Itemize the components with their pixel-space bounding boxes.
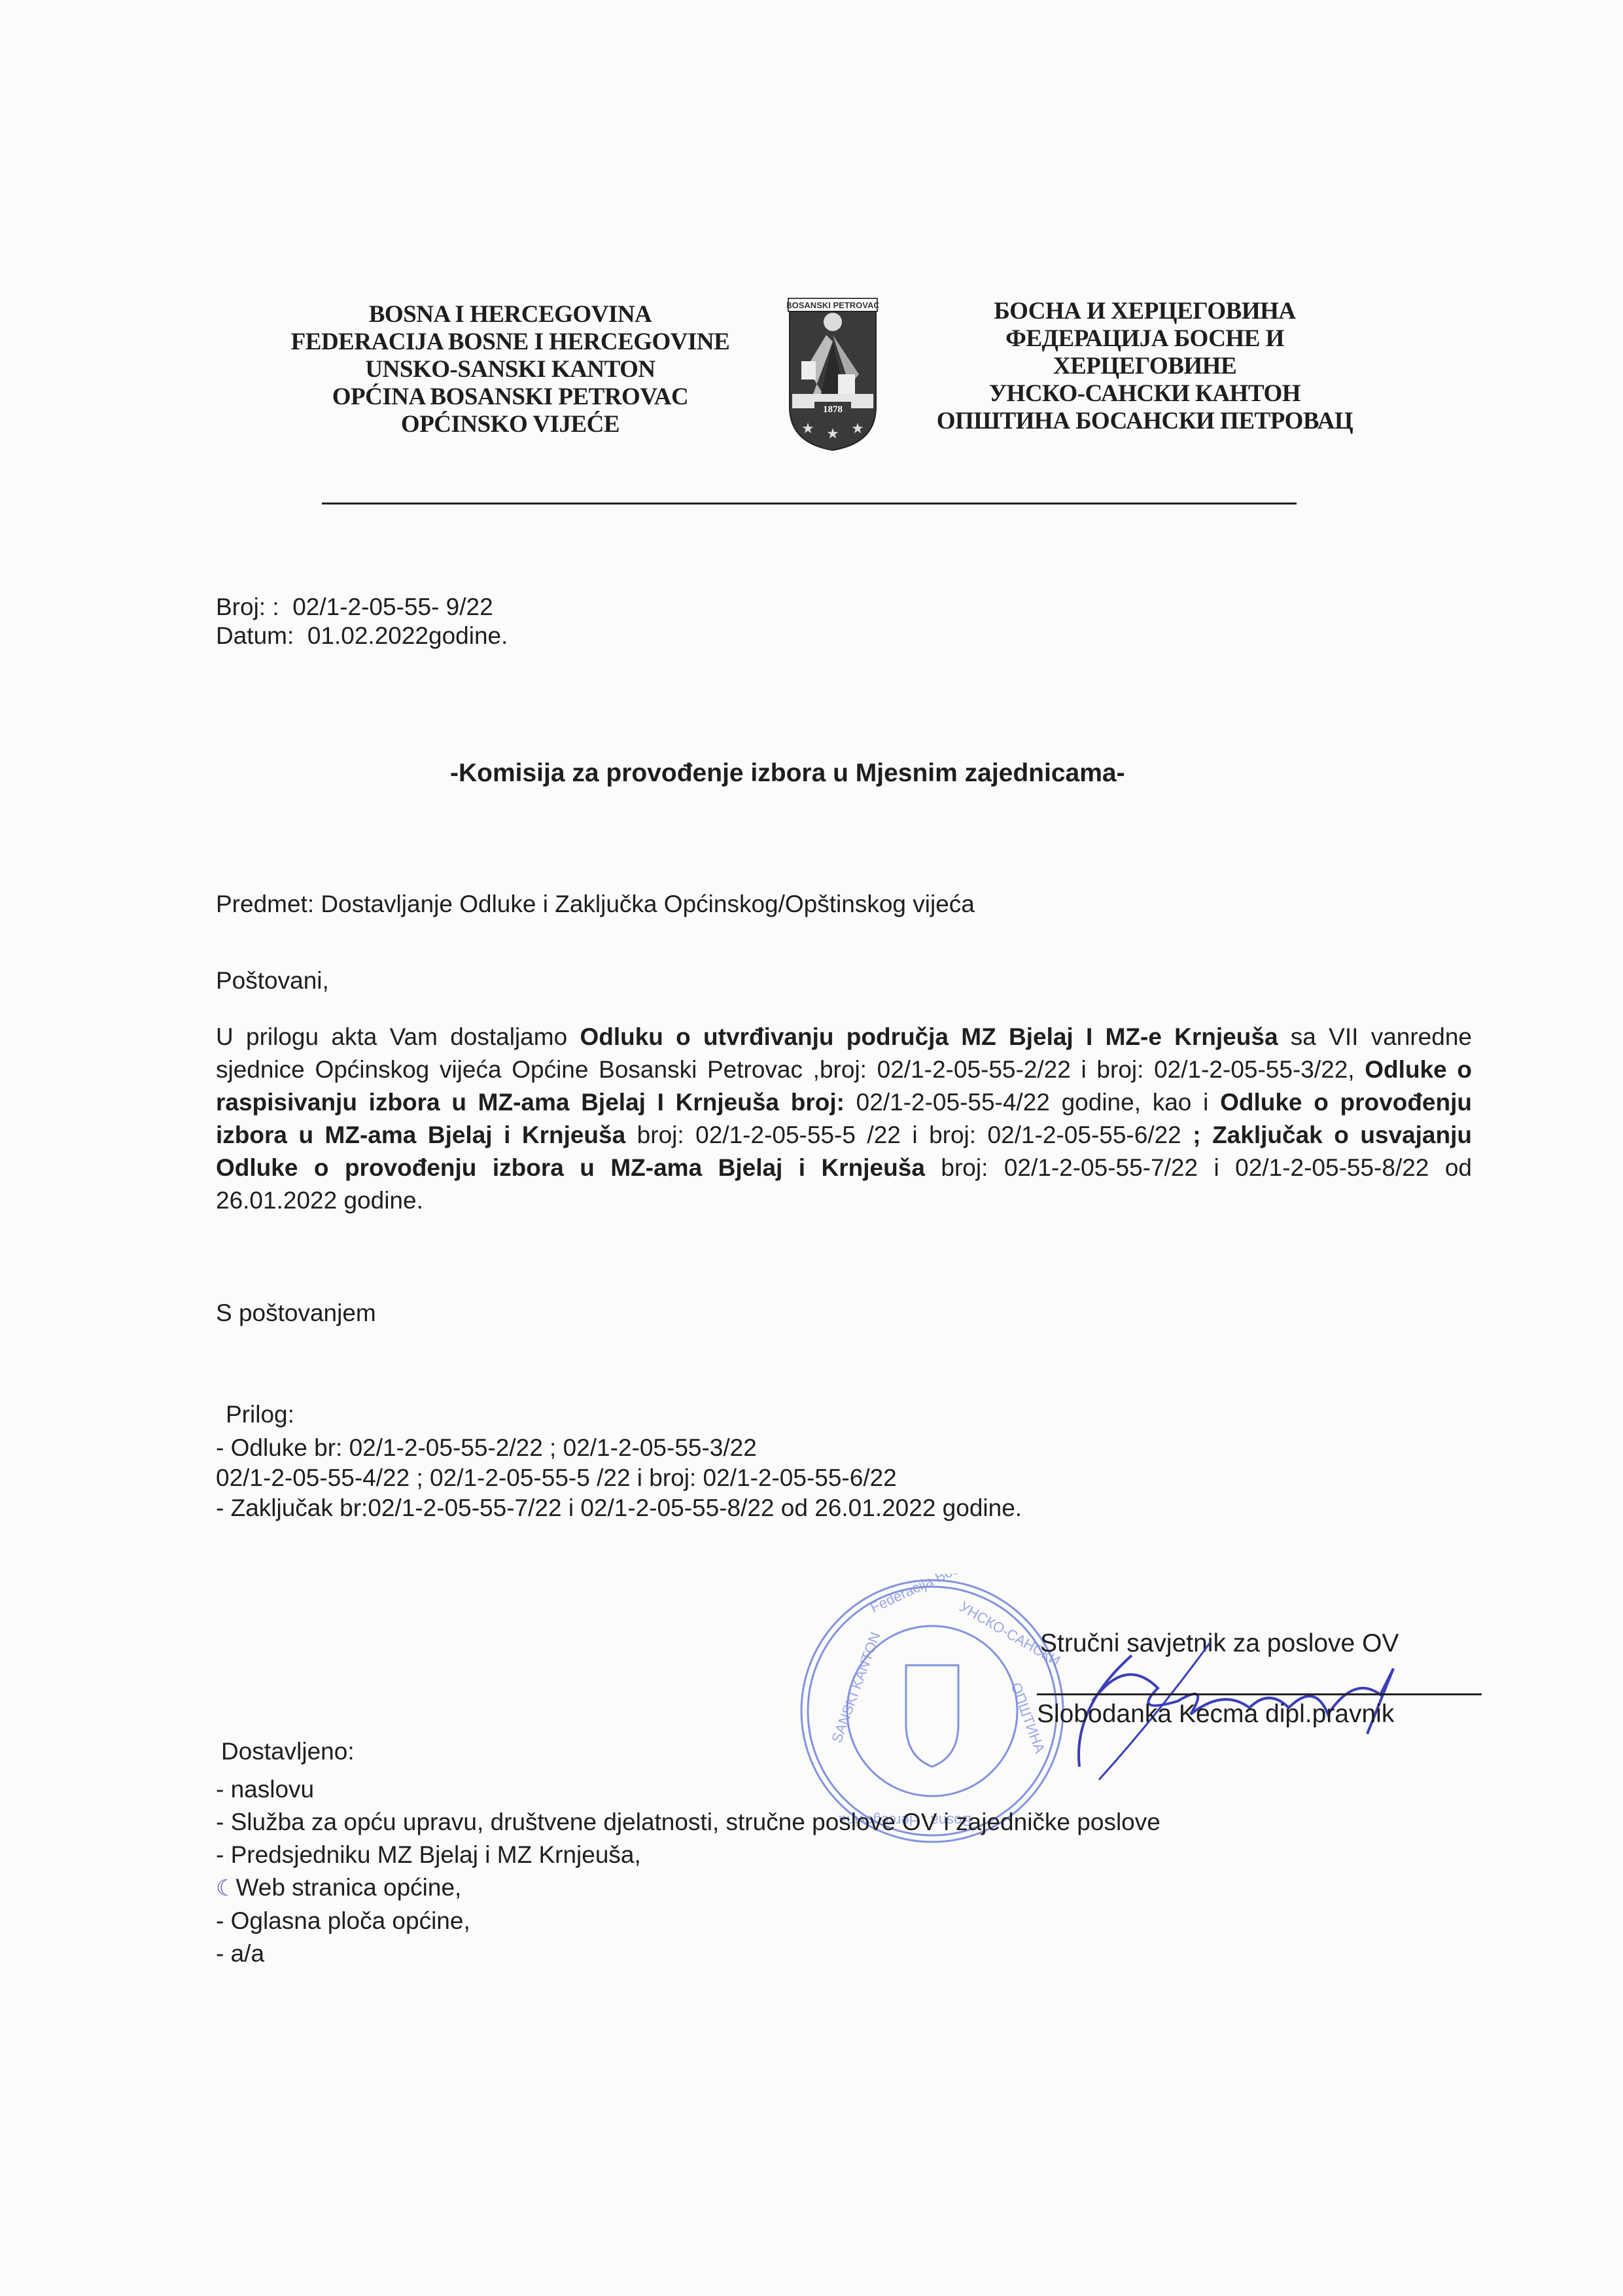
greeting: Poštovani, [216, 966, 329, 995]
header-line: UNSKO-SANSKI KANTON [255, 356, 765, 383]
signatory-name: Slobodanka Kecma dipl.pravnik [1037, 1700, 1394, 1729]
attachment-line: - Odluke br: 02/1-2-05-55-2/22 ; 02/1-2-… [216, 1433, 1022, 1463]
delivered-item: - Predsjedniku MZ Bjelaj i MZ Krnjeuša, [216, 1839, 1161, 1871]
header-line: FEDERACIJA BOSNE I HERCEGOVINE [255, 328, 765, 356]
body-paragraph: U prilogu akta Vam dostaljamo Odluku o u… [216, 1021, 1472, 1217]
header-line: БОСНА И ХЕРЦЕГОВИНА [903, 298, 1387, 325]
reference-number: Broj: : 02/1-2-05-55- 9/22 [216, 593, 508, 622]
coat-of-arms-icon: BOSANSKI PETROVAC 1878 ★★★ [787, 296, 879, 453]
delivered-item: - Oglasna ploča općine, [216, 1905, 1161, 1937]
header-divider [322, 503, 1297, 504]
delivered-item: ☾Web stranica općine, [216, 1871, 1161, 1905]
header-line: OPĆINA BOSANSKI PETROVAC [255, 383, 765, 411]
body-text: 02/1-2-05-55-4/22 godine, kao i [845, 1089, 1220, 1116]
svg-text:★: ★ [801, 421, 814, 437]
delivered-list: - naslovu - Služba za opću upravu, društ… [216, 1773, 1161, 1970]
recipient-heading: -Komisija za provođenje izbora u Mjesnim… [450, 759, 1125, 788]
header-cyrillic: БОСНА И ХЕРЦЕГОВИНА ФЕДЕРАЦИЈА БОСНЕ И Х… [903, 298, 1387, 435]
crest-banner: BOSANSKI PETROVAC [787, 300, 879, 310]
svg-text:SANSKI KANTON: SANSKI KANTON [828, 1630, 883, 1745]
header-line: ХЕРЦЕГОВИНЕ [903, 353, 1387, 380]
svg-text:★: ★ [826, 426, 839, 442]
subject-line: Predmet: Dostavljanje Odluke i Zaključka… [216, 890, 975, 919]
header-line: OPĆINSKO VIJEĆE [255, 411, 765, 438]
header-line: ОПШТИНА БОСАНСКИ ПЕТРОВАЦ [903, 408, 1387, 435]
delivered-item: - Služba za opću upravu, društvene djela… [216, 1806, 1161, 1839]
reference-block: Broj: : 02/1-2-05-55- 9/22 Datum: 01.02.… [216, 593, 508, 650]
crest-year: 1878 [823, 404, 843, 415]
svg-text:★: ★ [851, 421, 864, 437]
header-line: УНСКО-САНСКИ КАНТОН [903, 380, 1387, 408]
delivered-item: - naslovu [216, 1773, 1161, 1806]
header-line: ФЕДЕРАЦИЈА БОСНЕ И [903, 325, 1387, 353]
check-mark-icon: ☾ [216, 1876, 236, 1901]
attachments-title: Prilog: [226, 1400, 294, 1429]
reference-date: Datum: 01.02.2022godine. [216, 622, 508, 650]
attachments-list: - Odluke br: 02/1-2-05-55-2/22 ; 02/1-2-… [216, 1433, 1022, 1523]
signature-line [1037, 1693, 1482, 1695]
header-latin: BOSNA I HERCEGOVINA FEDERACIJA BOSNE I H… [255, 301, 765, 438]
attachment-line: 02/1-2-05-55-4/22 ; 02/1-2-05-55-5 /22 i… [216, 1463, 1022, 1493]
body-text: U prilogu akta Vam dostaljamo [216, 1023, 580, 1050]
delivered-title: Dostavljeno: [221, 1737, 355, 1766]
delivered-item: - a/a [216, 1937, 1161, 1970]
body-emphasis: Odluku o utvrđivanju područja MZ Bjelaj … [580, 1023, 1278, 1050]
attachment-line: - Zaključak br:02/1-2-05-55-7/22 i 02/1-… [216, 1493, 1022, 1523]
header-line: BOSNA I HERCEGOVINA [255, 301, 765, 328]
closing: S poštovanjem [216, 1299, 376, 1328]
body-text: broj: 02/1-2-05-55-5 /22 i broj: 02/1-2-… [625, 1122, 1193, 1148]
